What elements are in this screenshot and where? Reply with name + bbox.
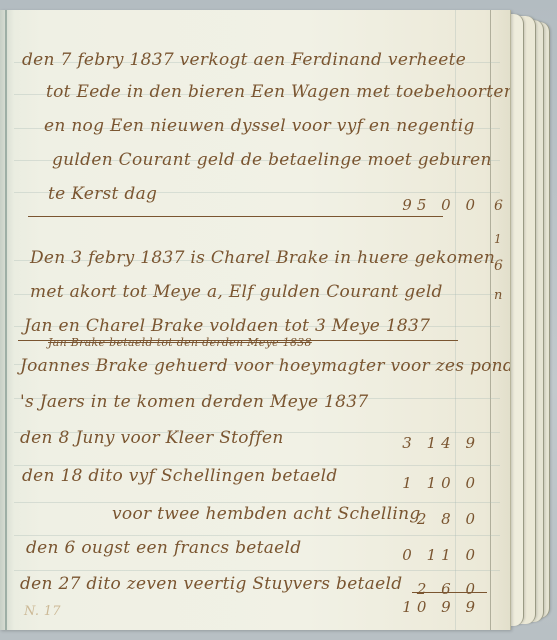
- ledger-row-5-text: den 27 dito zeven veertig Stuyvers betae…: [20, 574, 402, 594]
- ledger-row-5-amount: 2 6 0: [400, 580, 480, 598]
- ledger-row-2-text: den 18 dito vyf Schellingen betaeld: [22, 466, 338, 486]
- struck-note: Jan Brake betaeld tot den derden Meye 18…: [48, 336, 312, 349]
- entry-separator: [28, 216, 443, 217]
- ledger-row-4-text: den 6 ougst een francs betaeld: [26, 538, 301, 558]
- ledger-row-4-amount: 0 11 0: [400, 546, 480, 564]
- entry-3-line-1: Joannes Brake gehuerd voor hoeymagter vo…: [20, 356, 511, 376]
- margin-mark: 6: [494, 258, 503, 274]
- margin-mark: 6: [494, 198, 503, 214]
- entry-1-amount: 95 0 0: [400, 196, 480, 214]
- entry-1-line-2: tot Eede in den bieren Een Wagen met toe…: [46, 82, 511, 102]
- ledger-row-1-amount: 3 14 9: [400, 434, 480, 452]
- entry-1-line-1: den 7 febry 1837 verkogt aen Ferdinand v…: [22, 50, 466, 70]
- amount-column-line: [455, 10, 456, 630]
- faded-mark: N. 17: [24, 604, 61, 619]
- margin-mark: 1: [494, 232, 502, 246]
- entry-2-line-2: met akort tot Meye a, Elf gulden Courant…: [30, 282, 443, 302]
- total-rule: [412, 592, 487, 593]
- ledger-row-1-text: den 8 Juny voor Kleer Stoffen: [20, 428, 284, 448]
- ledger-row-3-amount: 2 8 0: [400, 510, 480, 528]
- ledger-page: den 7 febry 1837 verkogt aen Ferdinand v…: [0, 10, 511, 630]
- ledger-row-3-text: voor twee hembden acht Schelling: [112, 504, 421, 524]
- entry-1-line-4: gulden Courant geld de betaelinge moet g…: [52, 150, 492, 170]
- entry-1-line-3: en nog Een nieuwen dyssel voor vyf en ne…: [44, 116, 475, 136]
- entry-3-line-2: 's Jaers in te komen derden Meye 1837: [20, 392, 369, 412]
- entry-1-line-5: te Kerst dag: [48, 184, 157, 204]
- binding-fold: [5, 10, 7, 630]
- margin-mark: n: [494, 288, 503, 303]
- ledger-row-2-amount: 1 10 0: [400, 474, 480, 492]
- ledger-total: 10 9 9: [400, 598, 480, 616]
- right-margin-line: [490, 10, 491, 630]
- entry-2-line-3: Jan en Charel Brake voldaen tot 3 Meye 1…: [24, 316, 430, 336]
- entry-2-line-1: Den 3 febry 1837 is Charel Brake in huer…: [30, 248, 495, 268]
